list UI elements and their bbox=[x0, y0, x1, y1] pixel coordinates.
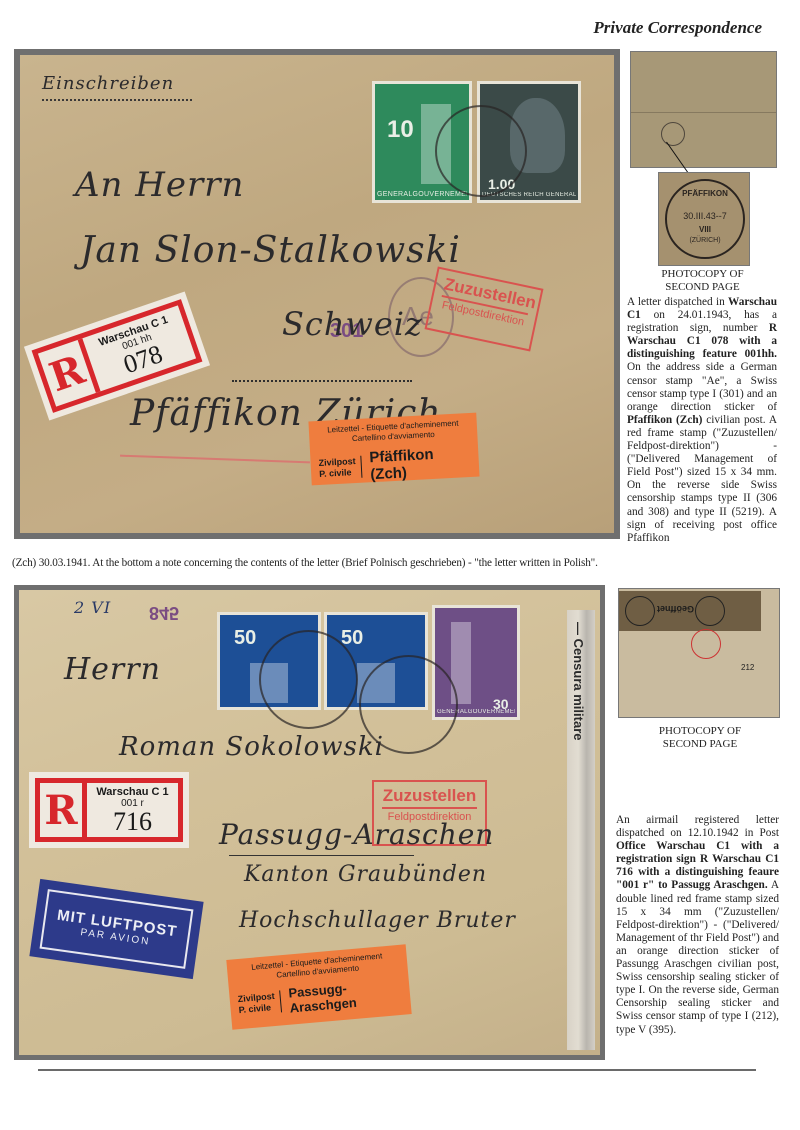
band-seal bbox=[625, 596, 655, 626]
red-censor-stamp bbox=[691, 629, 721, 659]
direction-sticker: Leitzettel - Etiquette d'acheminement Ca… bbox=[308, 413, 479, 486]
censor-sealing-strip: — Censura militare bbox=[567, 610, 595, 1050]
stamp-value: 50 bbox=[234, 627, 256, 650]
thumb-postmark bbox=[661, 122, 685, 146]
address-underline bbox=[229, 855, 414, 856]
address-line-3: Schweiz bbox=[282, 305, 423, 343]
letter1-photo-frame: Einschreiben 10 GENERALGOUVERNEMENT 1.00… bbox=[14, 49, 620, 539]
address-line-2: Roman Sokolowski bbox=[119, 732, 384, 762]
address-line-3: Passugg-Araschen bbox=[219, 818, 494, 851]
letter1-reverse-thumbnail bbox=[630, 51, 777, 168]
bottom-divider bbox=[38, 1069, 756, 1071]
letter2-envelope: 2 VI 845 50 50 30 GENERALGOUVERNEMENT He… bbox=[19, 590, 600, 1055]
censor-band: Geöffnet bbox=[619, 591, 761, 631]
address-line-5: Hochschullager Bruter bbox=[239, 908, 516, 933]
handwritten-note: Einschreiben bbox=[42, 73, 174, 94]
letter1-description: A letter dispatched in Warschau C1 on 24… bbox=[627, 296, 777, 545]
handwritten-note: 2 VI bbox=[74, 598, 111, 617]
stamp-label: GENERALGOUVERNEMENT bbox=[377, 191, 467, 198]
address-line-1: An Herrn bbox=[75, 165, 244, 205]
address-line-1: Herrn bbox=[64, 652, 161, 687]
letter2-photo-frame: 2 VI 845 50 50 30 GENERALGOUVERNEMENT He… bbox=[14, 585, 605, 1060]
photocopy-caption: PHOTOCOPY OF SECOND PAGE bbox=[630, 268, 775, 294]
wavy-underline bbox=[232, 380, 412, 382]
page-title: Private Correspondence bbox=[593, 18, 762, 38]
postmark bbox=[435, 105, 527, 197]
thumb-number: 212 bbox=[741, 663, 754, 672]
wavy-underline bbox=[42, 99, 192, 101]
sticker-civil-2: P. civile bbox=[238, 1002, 276, 1016]
letter1-description-continuation: (Zch) 30.03.1941. At the bottom a note c… bbox=[12, 557, 598, 569]
registration-label: R Warschau C 1 001 r 716 bbox=[29, 772, 189, 848]
registration-office: Warschau C 1 bbox=[96, 786, 168, 798]
sticker-destination: Pfäffikon (Zch) bbox=[369, 444, 472, 483]
envelope-flap-line bbox=[631, 52, 776, 113]
mirrored-number: 845 bbox=[149, 602, 179, 623]
censor-strip-text: — Censura militare bbox=[571, 622, 586, 741]
band-text: Geöffnet bbox=[657, 604, 694, 614]
band-seal bbox=[695, 596, 725, 626]
direction-sticker: Leitzettel - Etiquette d'acheminement Ca… bbox=[226, 944, 411, 1029]
registration-number: 716 bbox=[113, 809, 152, 835]
letter1-envelope: Einschreiben 10 GENERALGOUVERNEMENT 1.00… bbox=[20, 55, 614, 533]
address-line-4: Kanton Graubünden bbox=[244, 862, 487, 887]
red-crayon-line bbox=[120, 455, 310, 464]
postmark-code: VIII bbox=[667, 225, 743, 234]
sticker-civil-2: P. civile bbox=[319, 467, 357, 480]
sticker-destination: Passugg-Araschgen bbox=[288, 976, 403, 1016]
airmail-label: MIT LUFTPOST PAR AVION bbox=[29, 879, 203, 979]
registration-r: R bbox=[40, 783, 87, 837]
postmark-region: (ZÜRICH) bbox=[667, 237, 743, 244]
letter2-description: An airmail registered letter dispatched … bbox=[616, 814, 779, 1037]
postmark bbox=[259, 630, 358, 729]
stamp-value: 10 bbox=[387, 116, 414, 144]
postmark-place: PFÄFFIKON bbox=[667, 189, 743, 198]
red-frame-line1: Zuzustellen bbox=[382, 786, 477, 809]
postmark-date: 30.III.43--7 bbox=[667, 211, 743, 221]
pfaffikon-postmark: PFÄFFIKON 30.III.43--7 VIII (ZÜRICH) bbox=[665, 179, 745, 259]
postmark-enlargement: PFÄFFIKON 30.III.43--7 VIII (ZÜRICH) bbox=[658, 172, 750, 266]
photocopy-caption: PHOTOCOPY OF SECOND PAGE bbox=[625, 725, 775, 751]
address-line-2: Jan Slon-Stalkowski bbox=[80, 230, 461, 271]
letter2-reverse-thumbnail: Geöffnet 212 bbox=[618, 588, 780, 718]
